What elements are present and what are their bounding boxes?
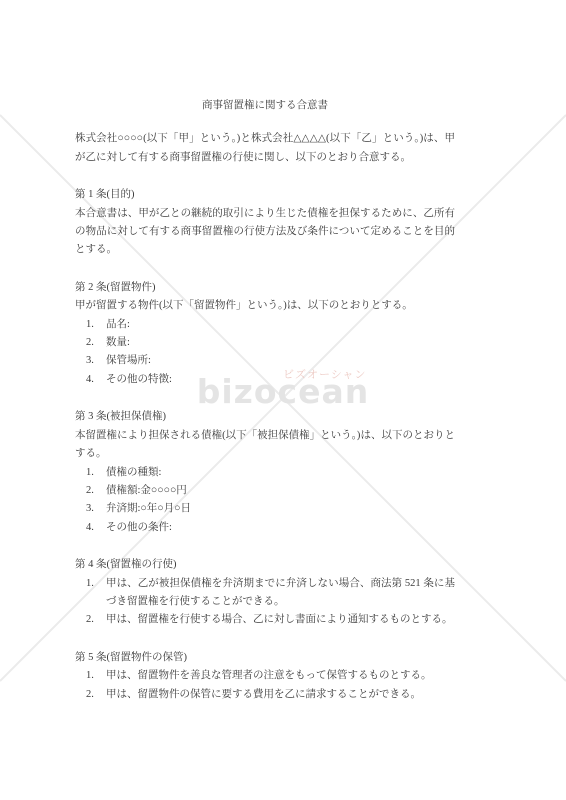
article-heading: 第 4 条(留置権の行使) xyxy=(75,556,455,574)
article-paragraphs: 本留置権により担保される債権(以下「被担保債権」という。)は、以下のとおりとする… xyxy=(75,427,455,464)
list-item-number: 3. xyxy=(86,500,102,518)
list-item: 2.債権額:金○○○○円 xyxy=(75,482,455,500)
list-item-number: 1. xyxy=(86,667,102,685)
list-item-number: 2. xyxy=(86,334,102,352)
article-section: 第 1 条(目的) 本合意書は、甲が乙との継続的取引により生じた債権を担保するた… xyxy=(75,186,455,260)
list-item-text: 甲は、留置権を行使する場合、乙に対し書面により通知するものとする。 xyxy=(106,611,455,629)
article-items: 1.甲は、乙が被担保債権を弁済期までに弁済しない場合、商法第 521 条に基づき… xyxy=(75,575,455,630)
list-item-text: 甲は、留置物件の保管に要する費用を乙に請求することができる。 xyxy=(106,686,455,704)
list-item-text: 弁済期:○年○月○日 xyxy=(106,500,455,518)
articles-container: 第 1 条(目的) 本合意書は、甲が乙との継続的取引により生じた債権を担保するた… xyxy=(75,186,455,704)
list-item-text: その他の特徴: xyxy=(106,371,455,389)
article-paragraph: 本合意書は、甲が乙との継続的取引により生じた債権を担保するために、乙所有の物品に… xyxy=(75,205,455,260)
list-item-text: その他の条件: xyxy=(106,519,455,537)
list-item-text: 債権の種類: xyxy=(106,464,455,482)
list-item: 4.その他の条件: xyxy=(75,519,455,537)
list-item: 2.数量: xyxy=(75,334,455,352)
list-item: 1.甲は、乙が被担保債権を弁済期までに弁済しない場合、商法第 521 条に基づき… xyxy=(75,575,455,612)
list-item-text: 数量: xyxy=(106,334,455,352)
list-item-number: 1. xyxy=(86,464,102,482)
list-item-number: 1. xyxy=(86,316,102,334)
list-item-text: 甲は、留置物件を善良な管理者の注意をもって保管するものとする。 xyxy=(106,667,455,685)
list-item: 1.甲は、留置物件を善良な管理者の注意をもって保管するものとする。 xyxy=(75,667,455,685)
list-item: 1.債権の種類: xyxy=(75,464,455,482)
article-items: 1.品名:2.数量:3.保管場所:4.その他の特徴: xyxy=(75,316,455,390)
list-item-number: 4. xyxy=(86,519,102,537)
list-item-text: 品名: xyxy=(106,316,455,334)
list-item: 2.甲は、留置物件の保管に要する費用を乙に請求することができる。 xyxy=(75,686,455,704)
article-section: 第 3 条(被担保債権) 本留置権により担保される債権(以下「被担保債権」という… xyxy=(75,408,455,537)
list-item-number: 4. xyxy=(86,371,102,389)
list-item-number: 1. xyxy=(86,575,102,593)
article-heading: 第 1 条(目的) xyxy=(75,186,455,204)
list-item-number: 2. xyxy=(86,686,102,704)
article-section: 第 5 条(留置物件の保管) 1.甲は、留置物件を善良な管理者の注意をもって保管… xyxy=(75,649,455,704)
document-content: 商事留置権に関する合意書 株式会社○○○○(以下「甲」という。)と株式会社△△△… xyxy=(75,97,455,704)
article-heading: 第 3 条(被担保債権) xyxy=(75,408,455,426)
list-item-number: 2. xyxy=(86,611,102,629)
article-paragraphs: 甲が留置する物件(以下「留置物件」という。)は、以下のとおりとする。 xyxy=(75,297,455,315)
list-item-text: 甲は、乙が被担保債権を弁済期までに弁済しない場合、商法第 521 条に基づき留置… xyxy=(106,575,455,612)
list-item: 4.その他の特徴: xyxy=(75,371,455,389)
list-item: 3.保管場所: xyxy=(75,352,455,370)
document-title: 商事留置権に関する合意書 xyxy=(75,97,455,115)
intro-paragraph: 株式会社○○○○(以下「甲」という。)と株式会社△△△△(以下「乙」という。)は… xyxy=(75,130,455,167)
article-section: 第 2 条(留置物件) 甲が留置する物件(以下「留置物件」という。)は、以下のと… xyxy=(75,279,455,389)
article-heading: 第 2 条(留置物件) xyxy=(75,279,455,297)
article-section: 第 4 条(留置権の行使) 1.甲は、乙が被担保債権を弁済期までに弁済しない場合… xyxy=(75,556,455,630)
list-item: 3.弁済期:○年○月○日 xyxy=(75,500,455,518)
document-page: ビズオーシャン bizocean 商事留置権に関する合意書 株式会社○○○○(以… xyxy=(0,0,566,800)
list-item: 2.甲は、留置権を行使する場合、乙に対し書面により通知するものとする。 xyxy=(75,611,455,629)
article-paragraph: 本留置権により担保される債権(以下「被担保債権」という。)は、以下のとおりとする… xyxy=(75,427,455,464)
list-item-number: 3. xyxy=(86,352,102,370)
list-item: 1.品名: xyxy=(75,316,455,334)
list-item-text: 保管場所: xyxy=(106,352,455,370)
article-items: 1.債権の種類:2.債権額:金○○○○円3.弁済期:○年○月○日4.その他の条件… xyxy=(75,464,455,538)
list-item-number: 2. xyxy=(86,482,102,500)
list-item-text: 債権額:金○○○○円 xyxy=(106,482,455,500)
article-paragraph: 甲が留置する物件(以下「留置物件」という。)は、以下のとおりとする。 xyxy=(75,297,455,315)
article-items: 1.甲は、留置物件を善良な管理者の注意をもって保管するものとする。2.甲は、留置… xyxy=(75,667,455,704)
article-paragraphs: 本合意書は、甲が乙との継続的取引により生じた債権を担保するために、乙所有の物品に… xyxy=(75,205,455,260)
article-heading: 第 5 条(留置物件の保管) xyxy=(75,649,455,667)
